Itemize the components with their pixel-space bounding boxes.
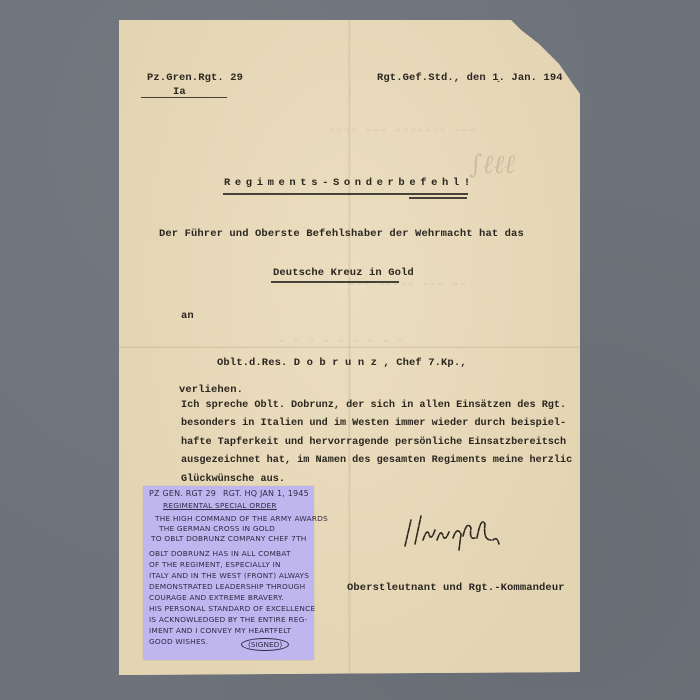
note-line: TO OBLT DOBRUNZ COMPANY CHEF 7TH <box>151 534 307 543</box>
commendation-paragraph: Ich spreche Oblt. Dobrunz, der sich in a… <box>181 397 571 489</box>
note-line: THE HIGH COMMAND OF THE ARMY AWARDS <box>155 514 328 523</box>
note-line: ITALY AND IN THE WEST (FRONT) ALWAYS <box>149 571 309 580</box>
note-line: COURAGE AND EXTREME BRAVERY. <box>149 593 284 602</box>
body-line: Ich spreche Oblt. Dobrunz, der sich in a… <box>181 397 571 415</box>
bleed-through-text: ᴗ ᴗ ᴗ ᴗ ᴗ ᴗ ᴗ ᴗ ᴗ <box>279 335 405 345</box>
intro-line: Der Führer und Oberste Befehlshaber der … <box>159 228 524 240</box>
note-line: HIS PERSONAL STANDARD OF EXCELLENCE <box>149 604 315 613</box>
bleed-through-text: ᴗᴗᴗᴗ ᴗᴗᴗ ᴗᴗᴗᴗᴗᴗᴗ ᴗᴗᴗ <box>329 124 477 134</box>
note-title: REGIMENTAL SPECIAL ORDER <box>163 501 277 510</box>
signed-mark: (SIGNED) <box>241 638 289 651</box>
title-underline-strike <box>409 197 467 199</box>
note-header-unit: PZ GEN. RGT 29 <box>149 489 216 498</box>
preposition-an: an <box>181 310 194 322</box>
commander-signature <box>401 510 511 552</box>
note-line: GOOD WISHES. <box>149 637 208 646</box>
note-line: IMENT AND I CONVEY MY HEARTFELT <box>149 626 291 635</box>
note-line: DEMONSTRATED LEADERSHIP THROUGH <box>149 582 305 591</box>
conferred-word: verliehen. <box>179 384 243 396</box>
note-header-date: RGT. HQ JAN 1, 1945 <box>223 489 309 498</box>
header-underline <box>141 97 227 98</box>
award-underline <box>271 281 399 283</box>
award-name: Deutsche Kreuz in Gold <box>273 267 414 279</box>
location-date: Rgt.Gef.Std., den 1̣. Jan. 194 <box>377 72 563 84</box>
signature-title: Oberstleutnant und Rgt.-Kommandeur <box>347 582 565 594</box>
body-line: hafte Tapferkeit und hervorragende persö… <box>181 434 571 452</box>
title-underline <box>223 193 468 195</box>
bleed-through-signature: ∫ℓℓℓ <box>469 150 515 180</box>
recipient-line: Oblt.d.Res. D o b r u n z , Chef 7.Kp., <box>217 357 467 369</box>
body-line: besonders in Italien und im Westen immer… <box>181 415 571 433</box>
note-line: OBLT DOBRUNZ HAS IN ALL COMBAT <box>149 549 291 558</box>
unit-designation: Pz.Gren.Rgt. 29 <box>147 72 243 84</box>
translation-sticky-note: PZ GEN. RGT 29 RGT. HQ JAN 1, 1945 REGIM… <box>143 486 314 660</box>
body-line: ausgezeichnet hat, im Namen des gesamten… <box>181 452 571 470</box>
bleed-through-text: ᴗᴗᴗ ᴗᴗᴗᴗᴗ ᴗᴗᴗ ᴗᴗ <box>349 278 467 288</box>
note-line: OF THE REGIMENT, ESPECIALLY IN <box>149 560 281 569</box>
note-line: THE GERMAN CROSS IN GOLD <box>159 524 275 533</box>
order-title: Regiments-Sonderbefehl! <box>224 177 475 189</box>
note-line: IS ACKNOWLEDGED BY THE ENTIRE REG- <box>149 615 307 624</box>
